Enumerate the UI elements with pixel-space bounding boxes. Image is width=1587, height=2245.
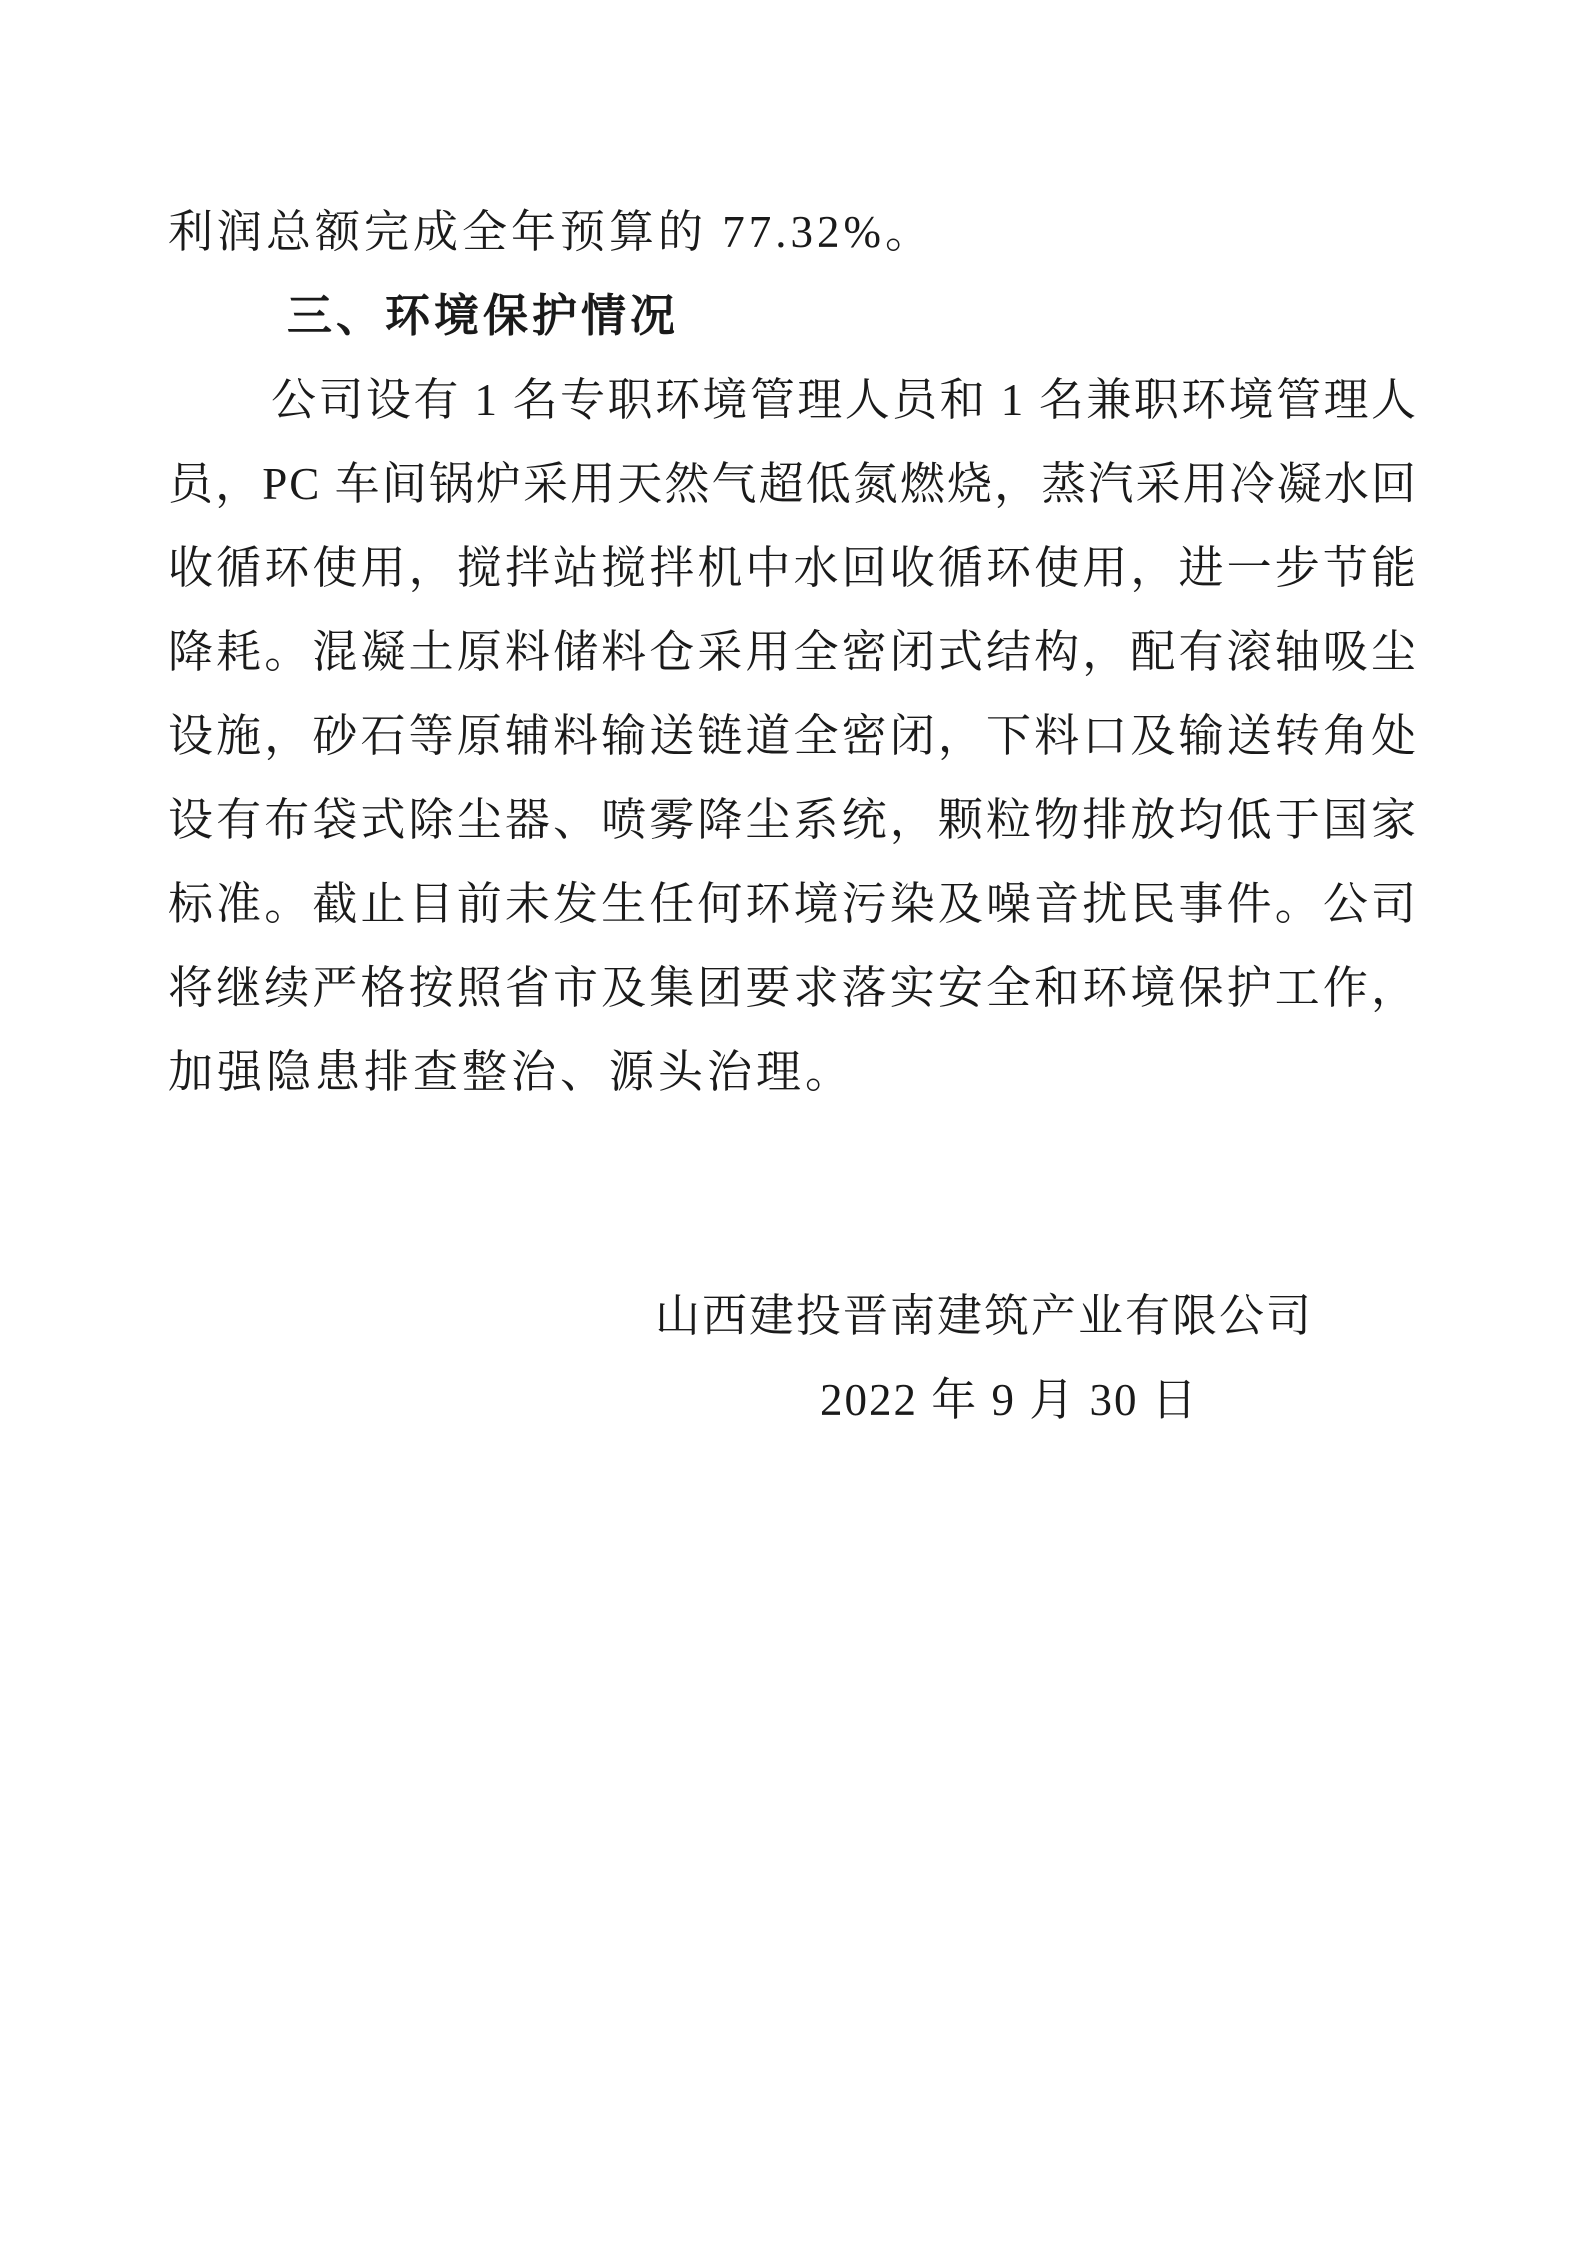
signature-block: 山西建投晋南建筑产业有限公司 2022 年 9 月 30 日 bbox=[168, 1274, 1418, 1442]
paragraph-line: 员，PC 车间锅炉采用天然气超低氮燃烧，蒸汽采用冷凝水回 bbox=[168, 442, 1418, 526]
document-page: 利润总额完成全年预算的 77.32%。 三、环境保护情况 公司设有 1 名专职环… bbox=[0, 0, 1587, 2245]
paragraph-line: 设施，砂石等原辅料输送链道全密闭，下料口及输送转角处 bbox=[168, 694, 1418, 778]
paragraph-line: 标准。截止目前未发生任何环境污染及噪音扰民事件。公司 bbox=[168, 862, 1418, 946]
section-heading: 三、环境保护情况 bbox=[168, 274, 1418, 358]
paragraph-end-line: 利润总额完成全年预算的 77.32%。 bbox=[168, 190, 1418, 274]
paragraph-last-line: 加强隐患排查整治、源头治理。 bbox=[168, 1030, 1418, 1114]
signature-date: 2022 年 9 月 30 日 bbox=[820, 1358, 1418, 1442]
paragraph-line: 收循环使用，搅拌站搅拌机中水回收循环使用，进一步节能 bbox=[168, 526, 1418, 610]
paragraph-line: 设有布袋式除尘器、喷雾降尘系统，颗粒物排放均低于国家 bbox=[168, 778, 1418, 862]
paragraph-line: 降耗。混凝土原料储料仓采用全密闭式结构，配有滚轴吸尘 bbox=[168, 610, 1418, 694]
paragraph-line: 将继续严格按照省市及集团要求落实安全和环境保护工作， bbox=[168, 946, 1418, 1030]
paragraph-line: 公司设有 1 名专职环境管理人员和 1 名兼职环境管理人 bbox=[168, 358, 1418, 442]
document-body: 利润总额完成全年预算的 77.32%。 三、环境保护情况 公司设有 1 名专职环… bbox=[168, 190, 1418, 1442]
signature-company: 山西建投晋南建筑产业有限公司 bbox=[655, 1274, 1418, 1358]
